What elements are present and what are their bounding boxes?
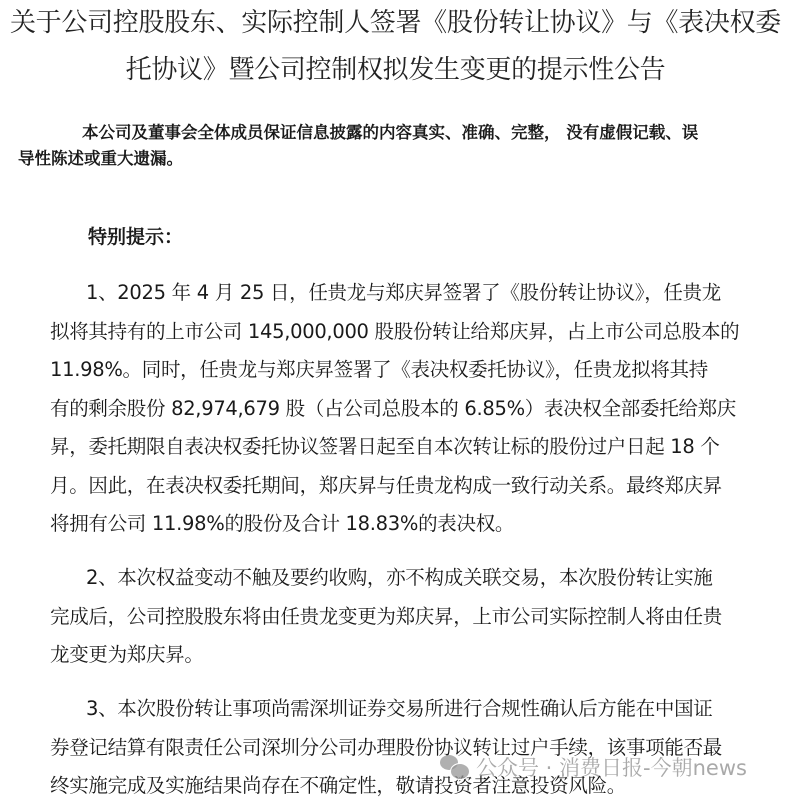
declaration-line: 导性陈述或重大遗漏。 <box>18 146 745 172</box>
paragraph-line: 龙变更为郑庆昇。 <box>50 636 745 675</box>
paragraph-line: 11.98%。同时，任贵龙与郑庆昇签署了《表决权委托协议》，任贵龙拟将其持 <box>50 351 745 390</box>
notice-paragraph-1: 1、2025 年 4 月 25 日，任贵龙与郑庆昇签署了《股份转让协议》，任贵龙… <box>50 274 745 544</box>
source-watermark: 公众号 · 消费日报-今朝news <box>440 752 747 782</box>
notice-paragraph-3: 3、本次股份转让事项尚需深圳证券交易所进行合规性确认后方能在中国证 券登记结算有… <box>50 690 745 801</box>
paragraph-line: 月。因此，在表决权委托期间，郑庆昇与任贵龙构成一致行动关系。最终郑庆昇 <box>50 467 745 506</box>
paragraph-line: 有的剩余股份 82,974,679 股（占公司总股本的 6.85%）表决权全部委… <box>50 390 745 429</box>
paragraph-line: 1、2025 年 4 月 25 日，任贵龙与郑庆昇签署了《股份转让协议》，任贵龙 <box>50 274 745 313</box>
declaration-line: 本公司及董事会全体成员保证信息披露的内容真实、准确、完整， 没有虚假记载、误 <box>50 120 745 146</box>
special-notice-heading: 特别提示： <box>88 222 183 249</box>
paragraph-line: 完成后，公司控股股东将由任贵龙变更为郑庆昇，上市公司实际控制人将由任贵 <box>50 598 745 637</box>
watermark-text: 公众号 · 消费日报-今朝news <box>476 752 747 782</box>
paragraph-line: 拟将其持有的上市公司 145,000,000 股股份转让给郑庆昇，占上市公司总股… <box>50 313 745 352</box>
announcement-title-line-2: 托协议》暨公司控制权拟发生变更的提示性公告 <box>0 49 791 86</box>
board-declaration: 本公司及董事会全体成员保证信息披露的内容真实、准确、完整， 没有虚假记载、误 导… <box>50 120 745 172</box>
announcement-title-line-1: 关于公司控股股东、实际控制人签署《股份转让协议》与《表决权委 <box>0 2 791 39</box>
paragraph-line: 将拥有公司 11.98%的股份及合计 18.83%的表决权。 <box>50 505 745 544</box>
notice-paragraph-2: 2、本次权益变动不触及要约收购，亦不构成关联交易，本次股份转让实施 完成后，公司… <box>50 559 745 675</box>
paragraph-line: 昇，委托期限自表决权委托协议签署日起至自本次转让标的股份过户日起 18 个 <box>50 428 745 467</box>
wechat-icon <box>440 755 470 779</box>
paragraph-line: 2、本次权益变动不触及要约收购，亦不构成关联交易，本次股份转让实施 <box>50 559 745 598</box>
paragraph-line: 3、本次股份转让事项尚需深圳证券交易所进行合规性确认后方能在中国证 <box>50 690 745 729</box>
